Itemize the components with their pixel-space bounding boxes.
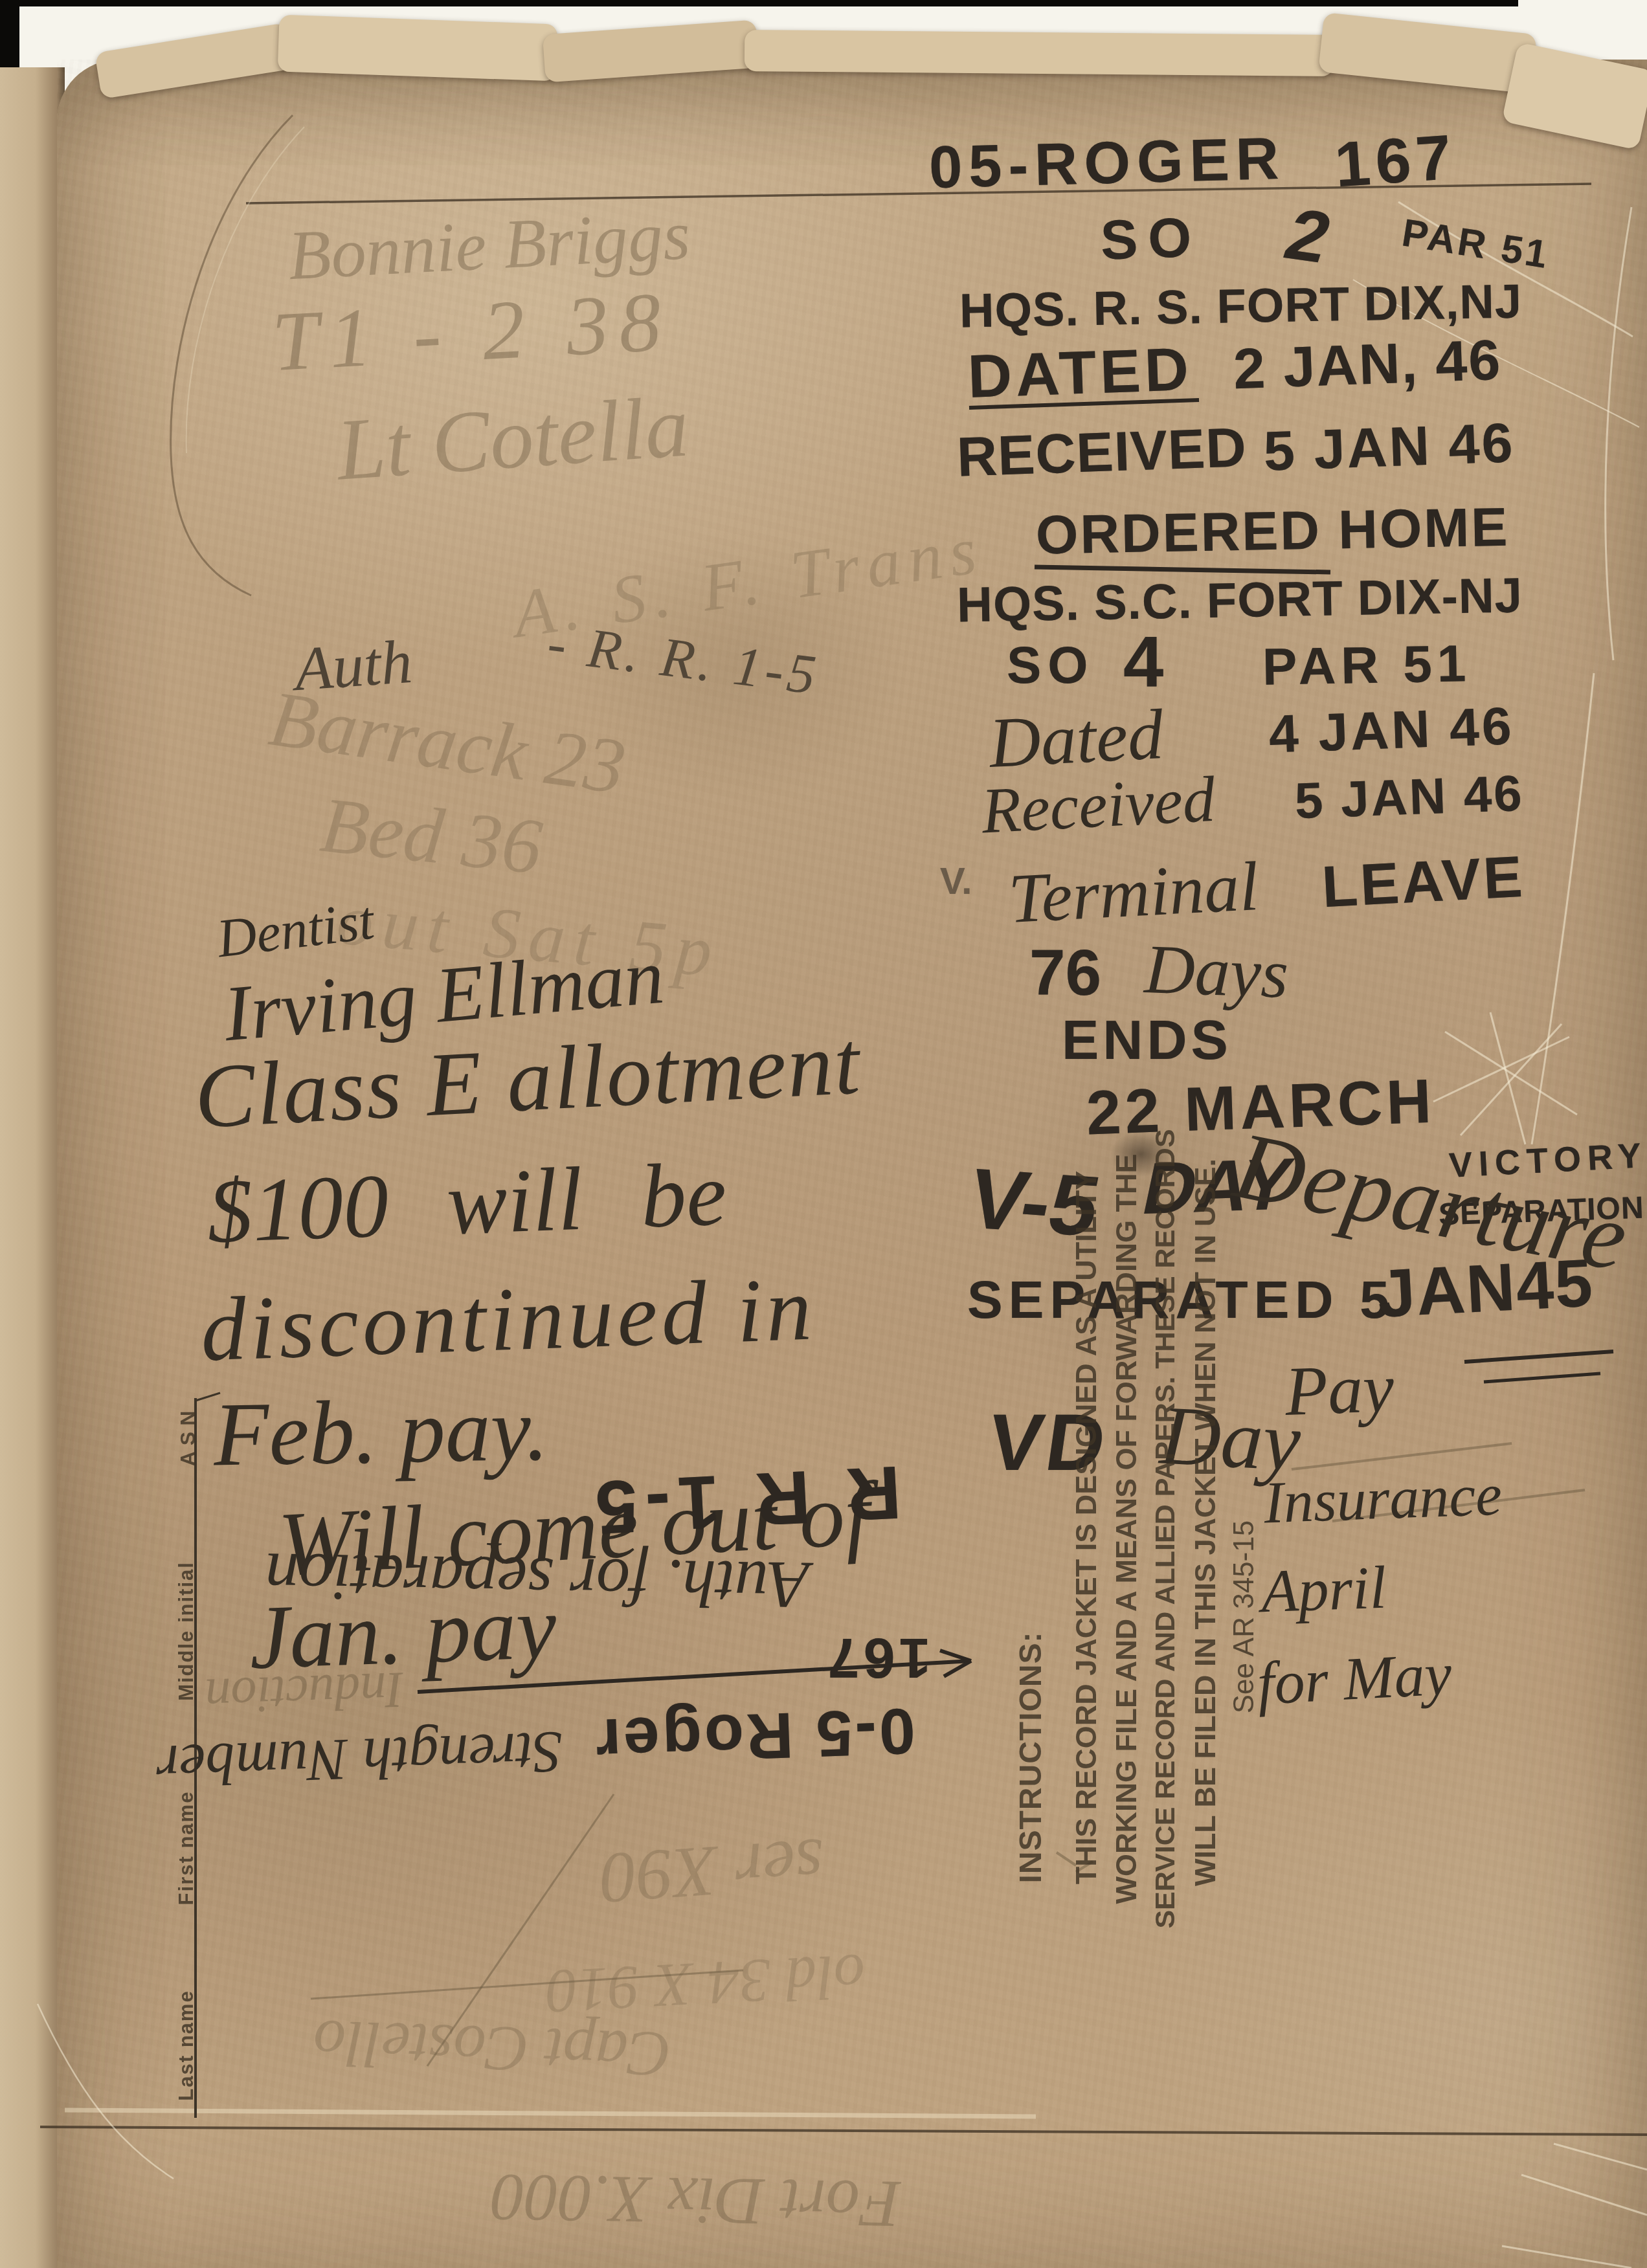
- rotated-strength: Strength Number: [155, 1718, 563, 1801]
- note-hqs-sc: HQS. S.C. FORT DIX-NJ: [956, 567, 1523, 633]
- rotated-capt-costello: Capt Costello: [312, 2005, 673, 2092]
- rotated-rr15: R R 1-5: [586, 1449, 903, 1551]
- note-unit-number: 167: [1332, 120, 1459, 202]
- note-received-label: RECEIVED: [956, 416, 1248, 490]
- ink-feb-pay: Feb. pay.: [213, 1377, 550, 1487]
- ink-discontinued: discontinued in: [199, 1256, 816, 1382]
- note-dated2-value: 4 JAN 46: [1268, 696, 1514, 765]
- ink-100-will-be: $100 will be: [205, 1142, 728, 1264]
- note-dated-value: 2 JAN, 46: [1232, 327, 1503, 402]
- rotated-fort-dix: Fort Dix X.000: [491, 2159, 902, 2243]
- note-terminal: Terminal: [1007, 847, 1260, 940]
- instructions-line: WORKING FILE AND A MEANS OF FORWARDING T…: [1110, 1153, 1143, 1904]
- note-par51b: PAR 51: [1262, 634, 1472, 697]
- rotated-auth-separation: Auth. for separation: [265, 1537, 811, 1624]
- note-days: Days: [1143, 929, 1290, 1015]
- note-leave: LEAVE: [1321, 844, 1527, 921]
- instructions-line: THIS RECORD JACKET IS DESIGNED AS A UTIL…: [1070, 1171, 1103, 1885]
- instructions-heading: INSTRUCTIONS:: [1013, 1632, 1049, 1884]
- note-for-may: for May: [1255, 1639, 1453, 1719]
- rotated-induction: Induction: [204, 1660, 405, 1726]
- note-april: April: [1260, 1553, 1387, 1627]
- small-v-mark: V.: [940, 860, 972, 903]
- rotated-roger: 0-5 Roger: [592, 1693, 917, 1779]
- form-label-first-name: First name: [175, 1791, 198, 1906]
- note-pay: Pay: [1284, 1348, 1395, 1432]
- note-received2-label: Received: [980, 762, 1216, 849]
- instructions-reference: See AR 345-15: [1228, 1520, 1260, 1713]
- form-label-middle-initial: Middle initial: [175, 1561, 198, 1701]
- note-dated-label: DATED: [967, 334, 1193, 412]
- note-so: SO: [1099, 205, 1203, 272]
- note-76: 76: [1029, 936, 1101, 1010]
- rotated-167: 167: [824, 1625, 931, 1691]
- note-ordered-home: ORDERED HOME: [1035, 496, 1510, 567]
- form-label-asn: ASN: [176, 1405, 200, 1467]
- note-insurance: Insurance: [1262, 1460, 1503, 1537]
- scanned-record-jacket: 05-ROGER 167 SO 2 PAR 51 HQS. R. S. FORT…: [0, 0, 1647, 2268]
- note-unit-code: 05-ROGER: [928, 125, 1286, 202]
- instructions-line: WILL BE FILED IN THIS JACKET WHEN NOT IN…: [1189, 1159, 1222, 1886]
- note-so2-number: 4: [1123, 620, 1163, 704]
- rotated-ser-x90: ser X90: [598, 1821, 826, 1920]
- note-received2-value: 5 JAN 46: [1294, 764, 1525, 830]
- note-ends: ENDS: [1062, 1008, 1232, 1073]
- instructions-line: SERVICE RECORD AND ALLIED PAPERS. THESE …: [1150, 1129, 1182, 1928]
- note-received-value: 5 JAN 46: [1262, 411, 1516, 484]
- note-so2: SO: [1007, 636, 1095, 695]
- form-label-last-name: Last name: [175, 1990, 198, 2100]
